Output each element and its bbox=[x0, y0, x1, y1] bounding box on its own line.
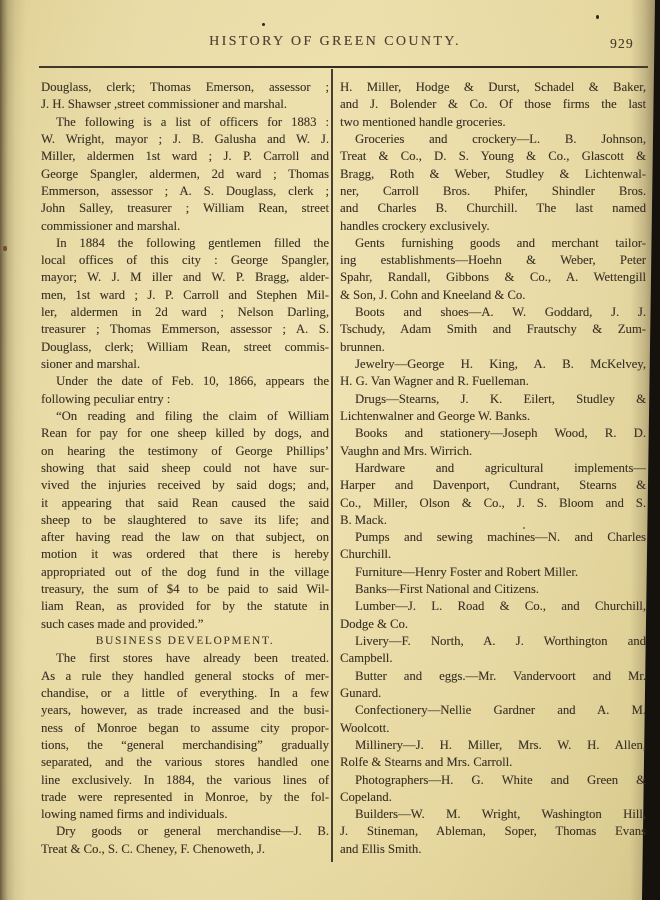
ink-speck bbox=[523, 527, 525, 529]
text-line: Dry goods or general merchandise—J. B. bbox=[41, 823, 329, 840]
paragraph: Builders—W. M. Wright, Washington Hill,J… bbox=[340, 806, 646, 858]
text-line: H. Miller, Hodge & Durst, Schadel & Bake… bbox=[340, 79, 646, 96]
text-line: separated, and the various stores handle… bbox=[41, 754, 329, 771]
paragraph: H. Miller, Hodge & Durst, Schadel & Bake… bbox=[340, 79, 646, 131]
text-line: sheep to be slaughtered to save its life… bbox=[41, 512, 329, 529]
text-line: & Son, J. Cohn and Kneeland & Co. bbox=[340, 287, 646, 304]
paragraph: The following is a list of officers for … bbox=[41, 114, 329, 235]
text-line: chandise, or a little of everything. In … bbox=[41, 685, 329, 702]
text-line: Emmerson, assessor ; A. S. Douglass, cle… bbox=[41, 183, 329, 200]
text-line: In 1884 the following gentlemen filled t… bbox=[41, 235, 329, 252]
text-line: years, however, as trade increased and t… bbox=[41, 702, 329, 719]
paragraph: Pumps and sewing machines—N. and Charles… bbox=[340, 529, 646, 564]
text-line: after having read the law on that subjec… bbox=[41, 529, 329, 546]
text-line: Butter and eggs.—Mr. Vandervoort and Mr. bbox=[340, 668, 646, 685]
text-line: mayor; W. J. M iller and W. P. Bragg, al… bbox=[41, 269, 329, 286]
paragraph: Millinery—J. H. Miller, Mrs. W. H. Allen… bbox=[340, 737, 646, 772]
text-line: Copeland. bbox=[340, 789, 646, 806]
text-line: on hearing the testimony of George Phill… bbox=[41, 443, 329, 460]
text-line: Hardware and agricultural implements— bbox=[340, 460, 646, 477]
text-line: Lichtenwalner and George W. Banks. bbox=[340, 408, 646, 425]
paragraph: Drugs—Stearns, J. K. Eilert, Studley &Li… bbox=[340, 391, 646, 426]
paragraph: The first stores have already been treat… bbox=[41, 650, 329, 823]
text-line: Livery—F. North, A. J. Worthington and bbox=[340, 633, 646, 650]
text-line: ner, Carroll Bros. Phifer, Shindler Bros… bbox=[340, 183, 646, 200]
paragraph: Hardware and agricultural implements—Har… bbox=[340, 460, 646, 529]
text-line: Co., Miller, Olson & Co., J. S. Bloom an… bbox=[340, 495, 646, 512]
paragraph: “On reading and filing the claim of Will… bbox=[41, 408, 329, 633]
text-line: George Spangler, aldermen, 2d ward ; Tho… bbox=[41, 166, 329, 183]
text-line: Rean for pay for one sheep killed by dog… bbox=[41, 425, 329, 442]
text-line: lowing named firms and individuals. bbox=[41, 806, 329, 823]
paragraph: Groceries and crockery—L. B. Johnson,Tre… bbox=[340, 131, 646, 235]
text-line: Pumps and sewing machines—N. and Charles bbox=[340, 529, 646, 546]
text-line: and J. Bolender & Co. Of those firms the… bbox=[340, 96, 646, 113]
text-line: The first stores have already been treat… bbox=[41, 650, 329, 667]
text-line: J. Stineman, Ableman, Soper, Thomas Evan… bbox=[340, 823, 646, 840]
paragraph: Confectionery—Nellie Gardner and A. M.Wo… bbox=[340, 702, 646, 737]
text-line: Boots and shoes—A. W. Goddard, J. J. bbox=[340, 304, 646, 321]
column-left: Douglass, clerk; Thomas Emerson, assesso… bbox=[41, 79, 329, 858]
text-line: Churchill. bbox=[340, 546, 646, 563]
paragraph: Under the date of Feb. 10, 1866, appears… bbox=[41, 373, 329, 408]
text-line: The following is a list of officers for … bbox=[41, 114, 329, 131]
text-line: Builders—W. M. Wright, Washington Hill, bbox=[340, 806, 646, 823]
text-line: Bragg, Roth & Weber, Studley & Lichtenwa… bbox=[340, 166, 646, 183]
text-line: and Charles B. Churchill. The last named bbox=[340, 200, 646, 217]
text-line: motion it was ordered that there is here… bbox=[41, 546, 329, 563]
text-line: and Ellis Smith. bbox=[340, 841, 646, 858]
page-header-title: HISTORY OF GREEN COUNTY. bbox=[30, 34, 640, 50]
text-line: such cases made and provided.” bbox=[41, 616, 329, 633]
text-line: Gents furnishing goods and merchant tail… bbox=[340, 235, 646, 252]
text-line: following peculiar entry : bbox=[41, 391, 329, 408]
ink-speck bbox=[596, 15, 599, 19]
paragraph: In 1884 the following gentlemen filled t… bbox=[41, 235, 329, 374]
paragraph: Jewelry—George H. King, A. B. McKelvey,H… bbox=[340, 356, 646, 391]
text-line: W. Wright, mayor ; J. B. Galusha and W. … bbox=[41, 131, 329, 148]
column-divider bbox=[331, 69, 333, 862]
text-line: sioner and marshal. bbox=[41, 356, 329, 373]
text-line: local offices of this city : George Span… bbox=[41, 252, 329, 269]
text-line: Douglass, clerk; Thomas Emerson, assesso… bbox=[41, 79, 329, 96]
paragraph: Lumber—J. L. Road & Co., and Churchill,D… bbox=[340, 598, 646, 633]
text-line: Lumber—J. L. Road & Co., and Churchill, bbox=[340, 598, 646, 615]
paragraph: Boots and shoes—A. W. Goddard, J. J.Tsch… bbox=[340, 304, 646, 356]
text-line: Treat & Co., S. C. Cheney, F. Chenoweth,… bbox=[41, 841, 329, 858]
text-line: Books and stationery—Joseph Wood, R. D. bbox=[340, 425, 646, 442]
paragraph: Butter and eggs.—Mr. Vandervoort and Mr.… bbox=[340, 668, 646, 703]
text-line: B. Mack. bbox=[340, 512, 646, 529]
ink-speck bbox=[3, 246, 7, 251]
text-line: ing establishments—Hoehn & Weber, Peter bbox=[340, 252, 646, 269]
text-line: Vaughn and Mrs. Wirrich. bbox=[340, 443, 646, 460]
text-line: John Salley, treasurer ; William Rean, s… bbox=[41, 200, 329, 217]
ink-speck bbox=[262, 23, 265, 26]
text-line: line exclusively. In 1884, the various l… bbox=[41, 772, 329, 789]
paragraph: Livery—F. North, A. J. Worthington andCa… bbox=[340, 633, 646, 668]
text-line: ness of Monroe began to assume city prop… bbox=[41, 720, 329, 737]
paragraph: Douglass, clerk; Thomas Emerson, assesso… bbox=[41, 79, 329, 114]
paragraph: Dry goods or general merchandise—J. B.Tr… bbox=[41, 823, 329, 858]
text-line: Furniture—Henry Foster and Robert Miller… bbox=[340, 564, 646, 581]
text-line: trade were represented in Monroe, by the… bbox=[41, 789, 329, 806]
page-number: 929 bbox=[610, 36, 634, 52]
text-line: Jewelry—George H. King, A. B. McKelvey, bbox=[340, 356, 646, 373]
text-line: Rolfe & Stearns and Mrs. Carroll. bbox=[340, 754, 646, 771]
column-right: H. Miller, Hodge & Durst, Schadel & Bake… bbox=[340, 79, 646, 858]
text-line: tions, the “general merchandising” gradu… bbox=[41, 737, 329, 754]
paragraph: Photographers—H. G. White and Green &Cop… bbox=[340, 772, 646, 807]
text-line: Photographers—H. G. White and Green & bbox=[340, 772, 646, 789]
book-page: HISTORY OF GREEN COUNTY. 929 Douglass, c… bbox=[0, 0, 660, 900]
text-line: brunnen. bbox=[340, 339, 646, 356]
text-line: vived the injuries received by said dogs… bbox=[41, 477, 329, 494]
text-line: Woolcott. bbox=[340, 720, 646, 737]
text-line: treasury, the sum of $4 to be paid to sa… bbox=[41, 581, 329, 598]
text-line: Spahr, Randall, Gibbons & Co., A. Wetten… bbox=[340, 269, 646, 286]
text-line: Confectionery—Nellie Gardner and A. M. bbox=[340, 702, 646, 719]
text-line: it appearing that said Rean caused the s… bbox=[41, 495, 329, 512]
text-line: Millinery—J. H. Miller, Mrs. W. H. Allen… bbox=[340, 737, 646, 754]
text-line: Tschudy, Adam Smith and Frautschy & Zum- bbox=[340, 321, 646, 338]
text-line: Douglass, clerk; William Rean, street co… bbox=[41, 339, 329, 356]
text-line: men, 1st ward ; J. P. Carroll and Stephe… bbox=[41, 287, 329, 304]
text-line: Treat & Co., D. S. Young & Co., Glascott… bbox=[340, 148, 646, 165]
text-line: As a rule they handled general stocks of… bbox=[41, 668, 329, 685]
text-line: Miller, aldermen 1st ward ; J. P. Carrol… bbox=[41, 148, 329, 165]
text-line: H. G. Van Wagner and R. Fuelleman. bbox=[340, 373, 646, 390]
text-line: handles crockery exclusively. bbox=[340, 218, 646, 235]
text-line: BUSINESS DEVELOPMENT. bbox=[41, 633, 329, 650]
text-line: showing that said sheep could not have s… bbox=[41, 460, 329, 477]
header-rule bbox=[39, 66, 648, 68]
text-line: “On reading and filing the claim of Will… bbox=[41, 408, 329, 425]
text-line: Banks—First National and Citizens. bbox=[340, 581, 646, 598]
text-line: treasurer ; Thomas Emmerson, assessor ; … bbox=[41, 321, 329, 338]
text-line: Groceries and crockery—L. B. Johnson, bbox=[340, 131, 646, 148]
text-line: liam Rean, as provided for by the statut… bbox=[41, 598, 329, 615]
text-line: ler, aldermen in 2d ward ; Nelson Darlin… bbox=[41, 304, 329, 321]
text-line: Under the date of Feb. 10, 1866, appears… bbox=[41, 373, 329, 390]
text-line: Gunard. bbox=[340, 685, 646, 702]
text-line: Campbell. bbox=[340, 650, 646, 667]
section-heading: BUSINESS DEVELOPMENT. bbox=[41, 633, 329, 650]
book-binding-shadow bbox=[0, 0, 26, 900]
text-line: two mentioned handle groceries. bbox=[340, 114, 646, 131]
paragraph: Furniture—Henry Foster and Robert Miller… bbox=[340, 564, 646, 581]
text-line: Drugs—Stearns, J. K. Eilert, Studley & bbox=[340, 391, 646, 408]
text-line: commissioner and marshal. bbox=[41, 218, 329, 235]
text-line: Dodge & Co. bbox=[340, 616, 646, 633]
paragraph: Banks—First National and Citizens. bbox=[340, 581, 646, 598]
text-line: Harper and Davenport, Cundrant, Stearns … bbox=[340, 477, 646, 494]
paragraph: Gents furnishing goods and merchant tail… bbox=[340, 235, 646, 304]
text-line: appropriated out of the dog fund in the … bbox=[41, 564, 329, 581]
text-line: J. H. Shawser ,street commissioner and m… bbox=[41, 96, 329, 113]
paragraph: Books and stationery—Joseph Wood, R. D.V… bbox=[340, 425, 646, 460]
